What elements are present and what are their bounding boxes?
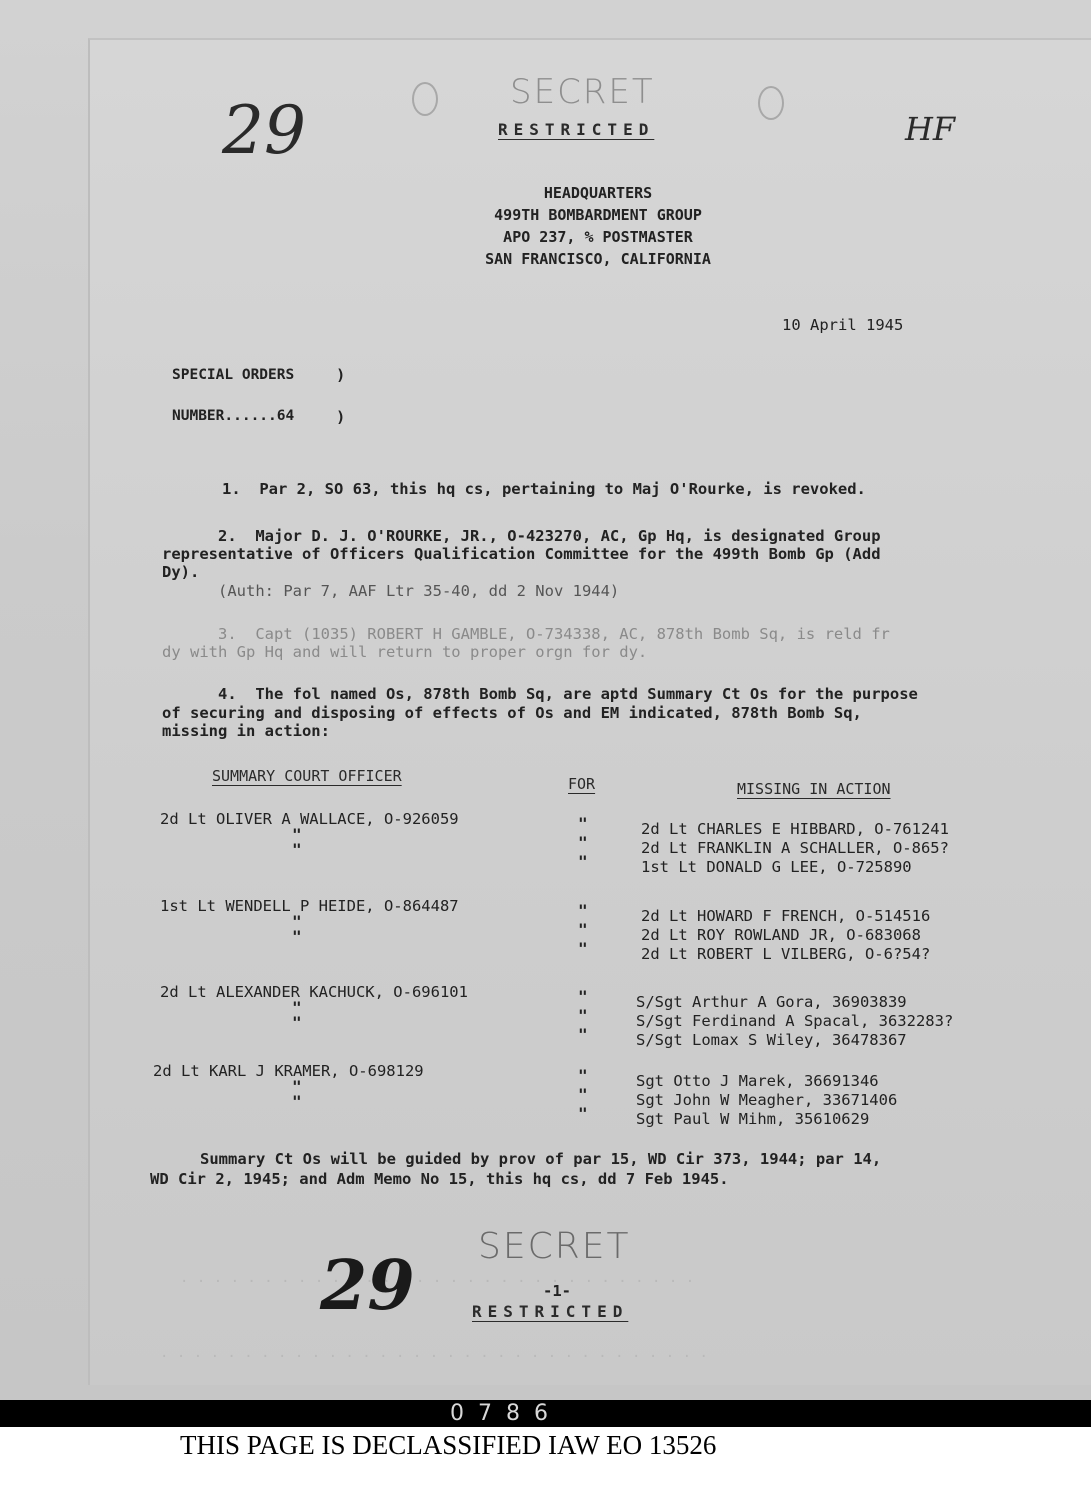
column-header-for: FOR [568,775,595,793]
paragraph-4-line-3: missing in action: [162,722,330,740]
missing-in-action-entry: 2d Lt ROBERT L VILBERG, O-6?54? [641,945,930,963]
for-ditto-mark: " [578,920,588,939]
missing-in-action-entry: Sgt Paul W Mihm, 35610629 [636,1110,869,1128]
paragraph-2-line-1: 2. Major D. J. O'ROURKE, JR., O-423270, … [218,527,881,545]
missing-in-action-entry: 2d Lt CHARLES E HIBBARD, O-761241 [641,820,949,838]
missing-in-action-entry: 2d Lt HOWARD F FRENCH, O-514516 [641,907,930,925]
column-header-missing: MISSING IN ACTION [737,780,891,798]
ditto-mark: " [292,840,302,859]
missing-in-action-entry: S/Sgt Ferdinand A Spacal, 3632283? [636,1012,953,1030]
summary-court-officer: 2d Lt ALEXANDER KACHUCK, O-696101 [160,983,468,1001]
for-ditto-mark: " [578,939,588,958]
for-ditto-mark: " [578,901,588,920]
handwritten-number-top: 29 [222,92,306,169]
missing-in-action-entry: Sgt John W Meagher, 33671406 [636,1091,897,1109]
missing-in-action-entry: 2d Lt FRANKLIN A SCHALLER, O-865? [641,839,949,857]
paragraph-4-line-1: 4. The fol named Os, 878th Bomb Sq, are … [218,685,918,703]
order-number: NUMBER......64 [172,408,294,424]
paragraph-2-line-3: Dy). [162,563,199,581]
header-line-4: SAN FRANCISCO, CALIFORNIA [398,248,798,270]
paragraph-2-authority: (Auth: Par 7, AAF Ltr 35-40, dd 2 Nov 19… [218,582,619,600]
for-ditto-mark: " [578,1066,588,1085]
paragraph-1: 1. Par 2, SO 63, this hq cs, pertaining … [222,480,866,498]
missing-in-action-entry: Sgt Otto J Marek, 36691346 [636,1072,879,1090]
column-header-officer: SUMMARY COURT OFFICER [212,767,402,785]
declassification-notice: THIS PAGE IS DECLASSIFIED IAW EO 13526 [180,1430,716,1461]
paragraph-3-line-1: 3. Capt (1035) ROBERT H GAMBLE, O-734338… [218,625,890,643]
for-ditto-mark: " [578,1025,588,1044]
missing-in-action-entry: S/Sgt Arthur A Gora, 36903839 [636,993,907,1011]
for-ditto-mark: " [578,987,588,1006]
handwritten-number-bottom: 29 [320,1246,415,1326]
ditto-mark: " [292,927,302,946]
missing-in-action-entry: 2d Lt ROY ROWLAND JR, O-683068 [641,926,921,944]
punch-hole-right [758,86,784,120]
header-line-1: HEADQUARTERS [398,182,798,204]
summary-court-officer: 2d Lt OLIVER A WALLACE, O-926059 [160,810,459,828]
secret-stamp-top: SECRET [510,72,655,112]
for-ditto-mark: " [578,1085,588,1104]
microfilm-frame-number: 0786 [450,1400,562,1427]
for-ditto-mark: " [578,1006,588,1025]
missing-in-action-entry: S/Sgt Lomax S Wiley, 36478367 [636,1031,907,1049]
for-ditto-mark: " [578,1104,588,1123]
paragraph-4-line-2: of securing and disposing of effects of … [162,704,862,722]
punch-hole-left [412,82,438,116]
summary-court-officer: 2d Lt KARL J KRAMER, O-698129 [153,1062,424,1080]
summary-court-officer: 1st Lt WENDELL P HEIDE, O-864487 [160,897,459,915]
paragraph-2-line-2: representative of Officers Qualification… [162,545,881,563]
paragraph-3-line-2: dy with Gp Hq and will return to proper … [162,643,647,661]
missing-in-action-entry: 1st Lt DONALD G LEE, O-725890 [641,858,912,876]
restricted-stamp-top: RESTRICTED [498,120,654,139]
ditto-mark: " [292,1092,302,1111]
document-date: 10 April 1945 [782,316,903,334]
header-line-2: 499TH BOMBARDMENT GROUP [398,204,798,226]
bleed-through-text-2: . . . . . . . . . . . . . . . . . . . . … [160,1345,708,1361]
for-ditto-mark: " [578,814,588,833]
header-line-3: APO 237, % POSTMASTER [398,226,798,248]
ditto-mark: " [292,1013,302,1032]
closing-line-2: WD Cir 2, 1945; and Adm Memo No 15, this… [150,1170,729,1188]
page-number: -1- [543,1282,571,1300]
for-ditto-mark: " [578,852,588,871]
special-orders-label: SPECIAL ORDERS [172,367,294,383]
for-ditto-mark: " [578,833,588,852]
secret-stamp-bottom: SECRET [478,1226,630,1267]
bleed-through-text: . . . . . . . . . . . . . . . . . . . . … [180,1270,694,1286]
handwritten-initials: HF [905,110,955,148]
bracket-2: ) [336,408,345,426]
closing-line-1: Summary Ct Os will be guided by prov of … [200,1150,881,1168]
restricted-stamp-bottom: RESTRICTED [472,1302,628,1321]
bracket-1: ) [336,366,345,384]
